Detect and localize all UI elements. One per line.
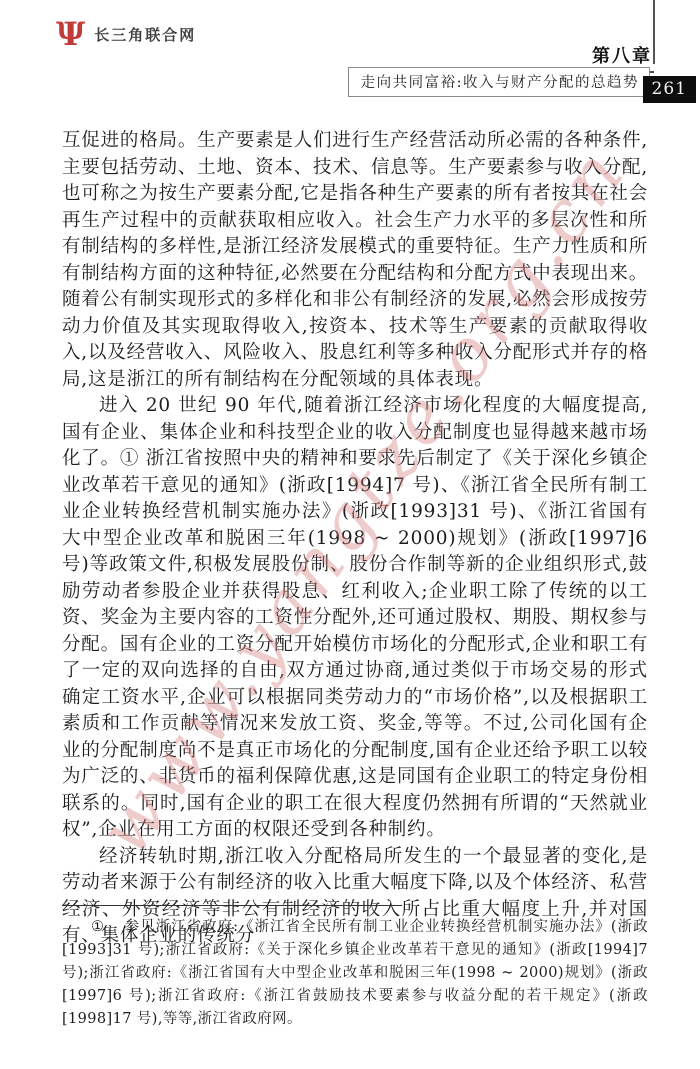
footnote: ① 参见浙江省政府:《浙江省全民所有制工业企业转换经营机制实施办法》(浙政[19… <box>62 916 648 1031</box>
logo-text: 长三角联合网 <box>94 24 196 45</box>
book-page: Ψ 长三角联合网 第八章 走向共同富裕:收入与财产分配的总趋势 261 互促进的… <box>0 0 700 1069</box>
footnote-separator <box>62 905 402 906</box>
footnote-marker: ① <box>91 919 105 935</box>
body-text: 互促进的格局。生产要素是人们进行生产经营活动所必需的各种条件,主要包括劳动、土地… <box>62 128 648 950</box>
footnote-text: 参见浙江省政府:《浙江省全民所有制工业企业转换经营机制实施办法》(浙政[1993… <box>62 919 648 1027</box>
paragraph-2: 进入 20 世纪 90 年代,随着浙江经济市场化程度的大幅度提高,国有企业、集体… <box>62 393 648 844</box>
site-logo: Ψ 长三角联合网 <box>56 18 196 50</box>
chapter-subtitle: 走向共同富裕:收入与财产分配的总趋势 <box>348 67 650 97</box>
page-number: 261 <box>643 76 696 103</box>
paragraph-1: 互促进的格局。生产要素是人们进行生产经营活动所必需的各种条件,主要包括劳动、土地… <box>62 128 648 393</box>
logo-psi-icon: Ψ <box>56 18 85 50</box>
